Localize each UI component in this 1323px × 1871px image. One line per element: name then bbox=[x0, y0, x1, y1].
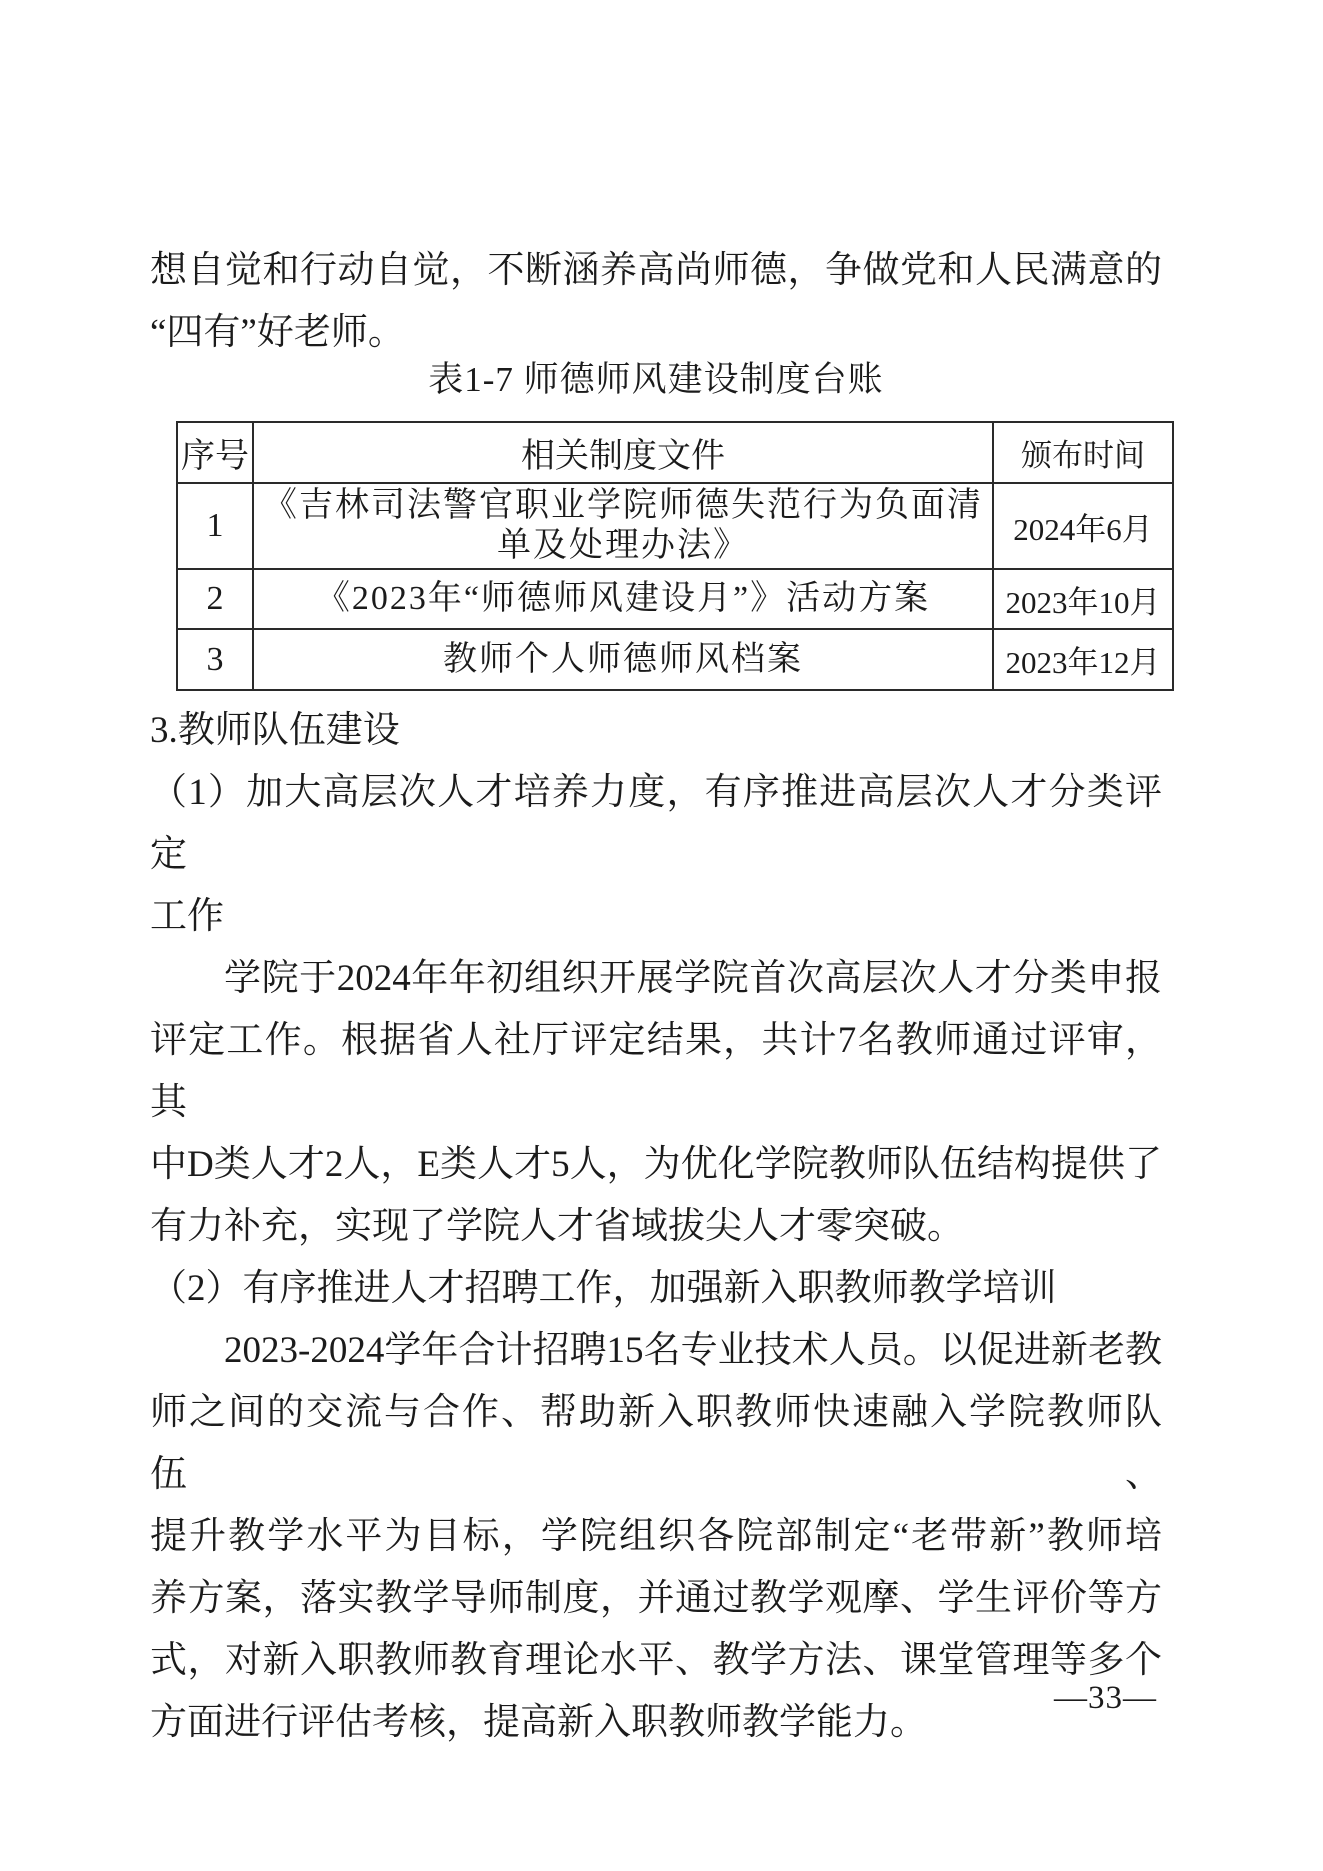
ledger-table: 序号相关制度文件颁布时间 1《吉林司法警官职业学院师德失范行为负面清单及处理办法… bbox=[176, 421, 1174, 691]
text-line: 有力补充，实现了学院人才省域拔尖人才零突破。 bbox=[150, 1196, 1162, 1258]
table-header-cell: 相关制度文件 bbox=[253, 422, 993, 483]
table-cell: 2023年10月 bbox=[993, 569, 1173, 629]
table-header-cell: 序号 bbox=[177, 422, 253, 483]
text-line: （1）加大高层次人才培养力度，有序推进高层次人才分类评定 bbox=[150, 762, 1162, 886]
table-row: 2《2023年“师德师风建设月”》活动方案2023年10月 bbox=[177, 569, 1173, 629]
table-header-cell: 颁布时间 bbox=[993, 422, 1173, 483]
table-row: 1《吉林司法警官职业学院师德失范行为负面清单及处理办法》2024年6月 bbox=[177, 483, 1173, 569]
table-cell: 2024年6月 bbox=[993, 483, 1173, 569]
table-cell: 2023年12月 bbox=[993, 629, 1173, 690]
text-line: 养方案，落实教学导师制度，并通过教学观摩、学生评价等方 bbox=[150, 1568, 1162, 1630]
table-cell: 《吉林司法警官职业学院师德失范行为负面清单及处理办法》 bbox=[253, 483, 993, 569]
text-line: 想自觉和行动自觉，不断涵养高尚师德，争做党和人民满意的 bbox=[150, 240, 1162, 302]
table-cell: 1 bbox=[177, 483, 253, 569]
text-line: 工作 bbox=[150, 886, 1162, 948]
table-cell: 《2023年“师德师风建设月”》活动方案 bbox=[253, 569, 993, 629]
table-cell: 3 bbox=[177, 629, 253, 690]
text-line: 提升教学水平为目标，学院组织各院部制定“老带新”教师培 bbox=[150, 1506, 1162, 1568]
text-line: 式，对新入职教师教育理论水平、教学方法、课堂管理等多个 bbox=[150, 1630, 1162, 1692]
intro-paragraph: 想自觉和行动自觉，不断涵养高尚师德，争做党和人民满意的“四有”好老师。 bbox=[150, 240, 1162, 364]
table-body: 1《吉林司法警官职业学院师德失范行为负面清单及处理办法》2024年6月2《202… bbox=[177, 483, 1173, 690]
table-header-row: 序号相关制度文件颁布时间 bbox=[177, 422, 1173, 483]
table-row: 3教师个人师德师风档案2023年12月 bbox=[177, 629, 1173, 690]
text-line: 评定工作。根据省人社厅评定结果，共计7名教师通过评审，其 bbox=[150, 1010, 1162, 1134]
text-line: 师之间的交流与合作、帮助新入职教师快速融入学院教师队伍、 bbox=[150, 1382, 1162, 1506]
table-caption: 表1-7 师德师风建设制度台账 bbox=[150, 350, 1162, 410]
text-line: （2）有序推进人才招聘工作，加强新入职教师教学培训 bbox=[150, 1258, 1162, 1320]
table-cell: 教师个人师德师风档案 bbox=[253, 629, 993, 690]
table-cell: 2 bbox=[177, 569, 253, 629]
text-line: 3.教师队伍建设 bbox=[150, 700, 1162, 762]
document-page: 想自觉和行动自觉，不断涵养高尚师德，争做党和人民满意的“四有”好老师。 表1-7… bbox=[0, 0, 1323, 1871]
body-text: 3.教师队伍建设（1）加大高层次人才培养力度，有序推进高层次人才分类评定工作学院… bbox=[150, 700, 1162, 1754]
page-number: —33— bbox=[1054, 1680, 1157, 1717]
text-line: 中D类人才2人，E类人才5人，为优化学院教师队伍结构提供了 bbox=[150, 1134, 1162, 1196]
text-line: 方面进行评估考核，提高新入职教师教学能力。 bbox=[150, 1692, 1162, 1754]
text-line: 学院于2024年年初组织开展学院首次高层次人才分类申报 bbox=[150, 948, 1162, 1010]
text-line: 2023-2024学年合计招聘15名专业技术人员。以促进新老教 bbox=[150, 1320, 1162, 1382]
